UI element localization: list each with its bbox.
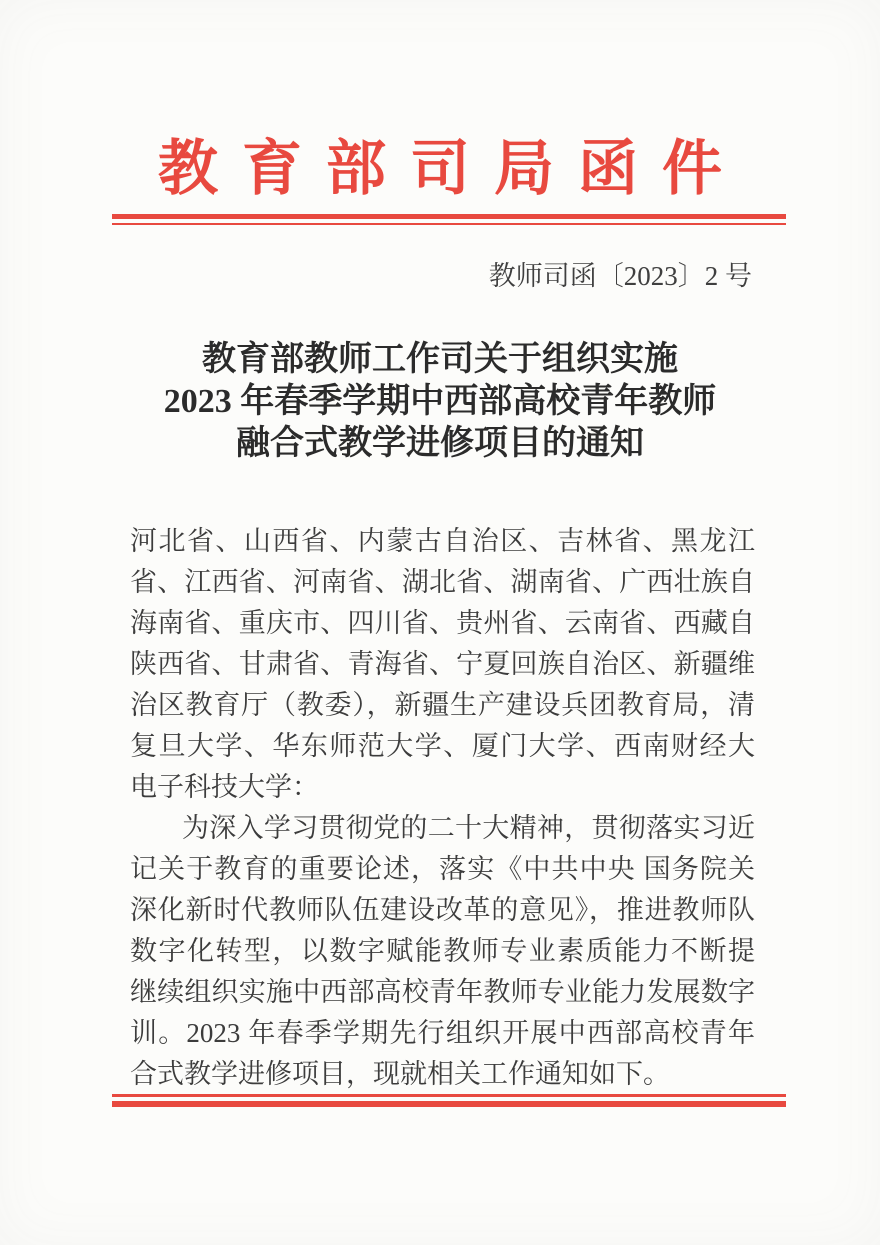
notice-title-line: 融合式教学进修项目的通知 (0, 423, 880, 465)
body-line: 治区教育厅（教委），新疆生产建设兵团教育局，清华大学、 (130, 685, 755, 726)
letterhead-title: 教育部司局函件 (0, 136, 880, 202)
document-page: 教育部司局函件 教师司函〔2023〕2 号 教育部教师工作司关于组织实施 202… (0, 0, 880, 1245)
notice-title-line: 2023 年春季学期中西部高校青年教师 (0, 381, 880, 423)
notice-body: 河北省、山西省、内蒙古自治区、吉林省、黑龙江省、安徽 省、江西省、河南省、湖北省… (130, 521, 755, 1095)
body-line: 为深入学习贯彻党的二十大精神，贯彻落实习近平总书 (130, 808, 755, 849)
body-line: 继续组织实施中西部高校青年教师专业能力发展数字化培 (130, 972, 755, 1013)
footer-divider-thin (112, 1094, 786, 1097)
body-line: 河北省、山西省、内蒙古自治区、吉林省、黑龙江省、安徽 (130, 521, 755, 562)
body-line: 训。2023 年春季学期先行组织开展中西部高校青年教师融 (130, 1013, 755, 1054)
body-line: 数字化转型，以数字赋能教师专业素质能力不断提升，决定 (130, 931, 755, 972)
body-line: 记关于教育的重要论述，落实《中共中央 国务院关于全面 (130, 849, 755, 890)
body-line: 合式教学进修项目，现就相关工作通知如下。 (130, 1054, 755, 1095)
body-line: 省、江西省、河南省、湖北省、湖南省、广西壮族自治区、 (130, 562, 755, 603)
body-line: 海南省、重庆市、四川省、贵州省、云南省、西藏自治区、 (130, 603, 755, 644)
body-line: 深化新时代教师队伍建设改革的意见》，推进教师队伍建设 (130, 890, 755, 931)
notice-title-line: 教育部教师工作司关于组织实施 (0, 339, 880, 381)
header-divider-thick (112, 214, 786, 219)
body-line: 复旦大学、华东师范大学、厦门大学、西南财经大学、西安 (130, 726, 755, 767)
doc-number: 教师司函〔2023〕2 号 (489, 259, 752, 293)
footer-divider-thick (112, 1101, 786, 1107)
body-line: 陕西省、甘肃省、青海省、宁夏回族自治区、新疆维吾尔自 (130, 644, 755, 685)
body-line: 电子科技大学： (130, 767, 755, 808)
header-divider-thin (112, 223, 786, 225)
notice-title: 教育部教师工作司关于组织实施 2023 年春季学期中西部高校青年教师 融合式教学… (0, 339, 880, 465)
